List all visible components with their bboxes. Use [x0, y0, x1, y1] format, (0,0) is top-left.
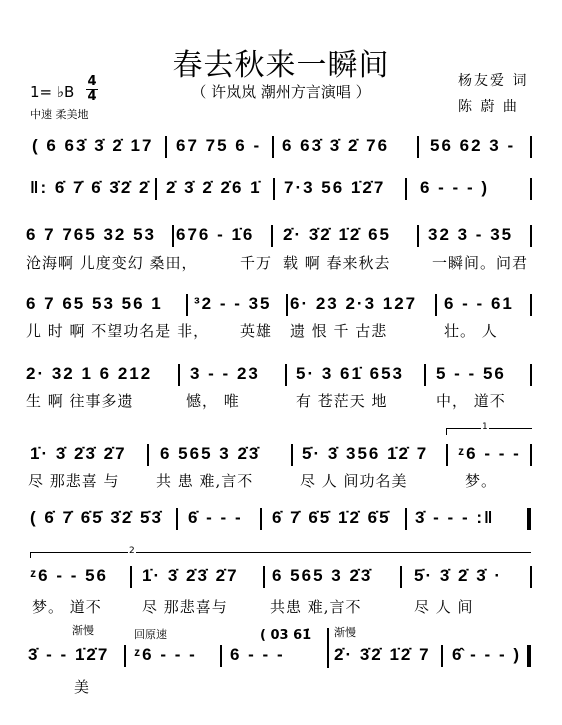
measure: 3 - - 23 [190, 364, 260, 384]
lyric-line: 共 患 难,言不 [156, 470, 253, 491]
lyric-line: 有 苍茫天 地 [296, 390, 388, 411]
measure: 5̇· 3̇ 2̇ 3̇ · [414, 566, 502, 586]
measure: 676 - 1̇6 [176, 225, 254, 245]
measure: 2· 32 1 6 212 [26, 364, 152, 384]
rit-marking: 渐慢 [72, 622, 94, 638]
composer-credit: 陈 蔚 曲 [458, 96, 519, 116]
measure: 6 7 65 53 56 1 [26, 294, 163, 314]
measure: 6 63̇ 3̇ 2̇ 76 [282, 136, 389, 156]
lyric-line: 梦。 道不 [32, 596, 102, 617]
measure: ³2 - - 35 [194, 294, 272, 314]
a-tempo-marking: 回原速 [134, 626, 167, 642]
lyric-line: 英雄 [240, 320, 272, 341]
measure: 1̇· 3̇ 2̇3̇ 2̇7 [30, 444, 127, 464]
measure: 2̇· 3̇2̇ 1̇2̇ 7 [334, 645, 431, 665]
tempo-marking: 中速 柔美地 [30, 106, 89, 122]
measure: ( 6̇ 7̇ 6̇5̇ 3̇2̇ 5̇3̇ [30, 508, 163, 528]
measure: 6̇ - - - [188, 508, 243, 528]
measure: 6 - - 61 [444, 294, 514, 314]
measure: 56 62 3 - [430, 136, 515, 156]
lyric-line: 共患 难,言不 [270, 596, 362, 617]
volta-1-label: 1 [481, 422, 489, 432]
measure: 7·3 56 1̇2̇7 [284, 178, 385, 198]
measure: 3̇ - - - :‖ [415, 508, 494, 528]
lyric-line: 中， 道不 [436, 390, 506, 411]
measure: ᶻ6 - - - [458, 444, 521, 464]
lyric-line: 憾， 唯 [186, 390, 240, 411]
measure: ᶻ6 - - - [134, 645, 197, 665]
lyric-line: 一瞬间。问君 [432, 252, 528, 273]
lyric-line: 载 啊 春来秋去 [283, 252, 391, 273]
time-signature: 4 4 [86, 75, 98, 104]
lyric-line: 美 [74, 676, 90, 697]
lyric-line: 儿 时 啊 不望功名是 非， [26, 320, 209, 341]
measure: 5· 3 61̇ 653 [296, 364, 404, 384]
lyric-line: 尽 人 间功名美 [300, 470, 408, 491]
measure: 67 75 6 - [176, 136, 261, 156]
lyric-line: 尽 人 间 [414, 596, 474, 617]
volta-2-label: 2 [128, 546, 136, 556]
lyricist-credit: 杨友爱 词 [458, 70, 528, 90]
accompaniment-fill: ( 03 61̇ [260, 628, 311, 643]
lyric-line: 生 啊 往事多遗 [26, 390, 134, 411]
measure: 2̇· 3̇2̇ 1̇2̇ 65 [283, 225, 391, 245]
measure: 6 565 3 2̇3̇ [160, 444, 260, 464]
lyric-line: 遗 恨 千 古悲 [290, 320, 387, 341]
measure: 6 7 765 32 53 [26, 225, 156, 245]
key-signature: 1= ♭B [30, 83, 74, 101]
measure: 2̇ 3̇ 2̇ 2̇6 1̇ [166, 178, 262, 198]
measure: 6 - - - ) [420, 178, 489, 198]
measure: 6· 23 2·3 127 [290, 294, 417, 314]
measure: ᶻ6 - - 56 [30, 566, 108, 586]
lyric-line: 尽 那悲喜与 [142, 596, 228, 617]
measure: ‖: 6̇ 7̇ 6̇ 3̇2̇ 2̇ [30, 178, 150, 198]
measure: 32 3 - 35 [428, 225, 513, 245]
measure: 1̇· 3̇ 2̇3̇ 2̇7 [142, 566, 239, 586]
measure: ( 6 63̇ 3̇ 2̇ 17 [32, 136, 153, 156]
measure: 3̇ - - 1̇2̇7 [28, 645, 109, 665]
rit-marking-2: 渐慢 [334, 624, 356, 640]
measure: 5̇· 3̇ 356 1̇2̇ 7 [302, 444, 428, 464]
lyric-line: 沧海啊 儿度变幻 桑田， [26, 252, 198, 273]
measure: 5 - - 56 [436, 364, 506, 384]
lyric-line: 千万 [240, 252, 272, 273]
measure: 6̂ - - - ) [452, 645, 521, 665]
lyric-line: 梦。 [465, 470, 497, 491]
lyric-line: 壮。 人 [444, 320, 498, 341]
measure: 6̇ 7̇ 6̇5̇ 1̇2̇ 6̇5̇ [272, 508, 391, 528]
lyric-line: 尽 那悲喜 与 [28, 470, 120, 491]
measure: 6 - - - [230, 645, 285, 665]
measure: 6 565 3 2̇3̇ [272, 566, 372, 586]
